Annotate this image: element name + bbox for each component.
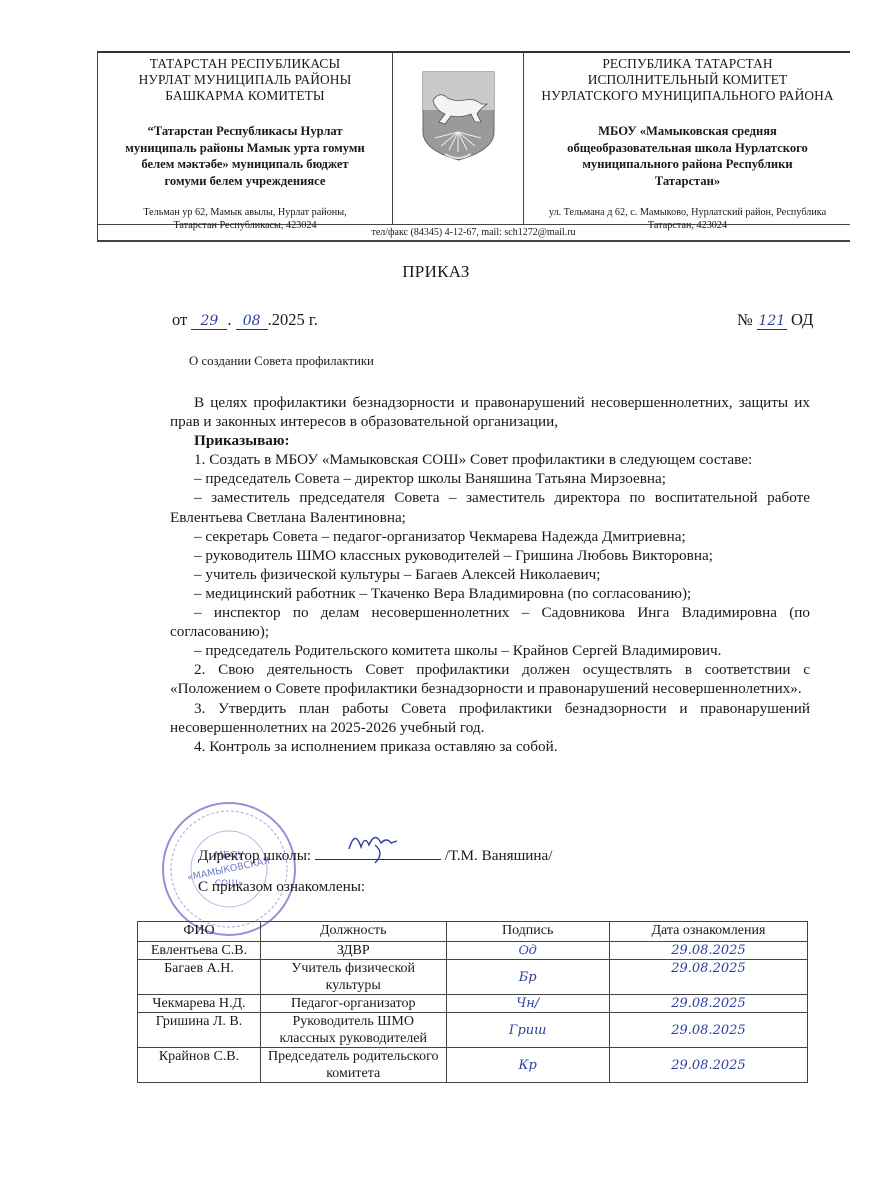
- signature-label: Директор школы:: [198, 847, 311, 864]
- cell-position: Педагог-организатор: [260, 995, 446, 1013]
- order-item: 3. Утвердить план работы Совета профилак…: [170, 699, 810, 737]
- order-item: 2. Свою деятельность Совет профилактики …: [170, 660, 810, 698]
- address-line: ул. Тельмана д 62, с. Мамыково, Нурлатск…: [525, 206, 850, 219]
- coat-of-arms-horse-icon: [421, 70, 496, 163]
- cell-position: ЗДВР: [260, 942, 446, 960]
- signature-field: [315, 845, 441, 860]
- council-member: – медицинский работник – Ткаченко Вера В…: [170, 584, 810, 603]
- school-name-line: Татарстан»: [525, 173, 850, 190]
- order-item: 1. Создать в МБОУ «Мамыковская СОШ» Сове…: [170, 450, 810, 469]
- contact-line: тел/факс (84345) 4-12-67, mail: sch1272@…: [97, 226, 850, 239]
- number-field: 121: [757, 313, 787, 330]
- org-name-line: НУРЛАТСКОГО МУНИЦИПАЛЬНОГО РАЙОНА: [525, 88, 850, 104]
- date-day-field: 29: [191, 313, 227, 330]
- cell-signature: Бр: [446, 960, 609, 995]
- address-line: Тельман ур 62, Мамык авылы, Нурлат район…: [100, 206, 390, 219]
- number-prefix: №: [737, 310, 753, 329]
- school-name-line: гомуми белем учреждениясе: [100, 173, 390, 190]
- cell-signature: Ѻд: [446, 942, 609, 960]
- cell-date: 29.08.2025: [609, 1048, 807, 1083]
- column-header: ФИО: [138, 922, 261, 942]
- director-signature-line: Директор школы: /Т.М. Ваняшина/: [198, 845, 552, 865]
- column-header: Подпись: [446, 922, 609, 942]
- column-header: Дата ознакомления: [609, 922, 807, 942]
- org-name-line: ТАТАРСТАН РЕСПУБЛИКАСЫ: [100, 56, 390, 72]
- org-name-line: ИСПОЛНИТЕЛЬНЫЙ КОМИТЕТ: [525, 72, 850, 88]
- letterhead-divider: [392, 52, 393, 224]
- cell-name: Гришина Л. В.: [138, 1013, 261, 1048]
- document-title: ПРИКАЗ: [0, 262, 872, 282]
- order-body: В целях профилактики безнадзорности и пр…: [170, 393, 810, 756]
- cell-name: Чекмарева Н.Д.: [138, 995, 261, 1013]
- cell-name: Багаев А.Н.: [138, 960, 261, 995]
- date-prefix: от: [172, 310, 187, 329]
- letterhead-right-column: РЕСПУБЛИКА ТАТАРСТАН ИСПОЛНИТЕЛЬНЫЙ КОМИ…: [525, 56, 850, 232]
- intro-paragraph: В целях профилактики безнадзорности и пр…: [170, 393, 810, 431]
- date-year: .2025 г.: [268, 310, 318, 329]
- school-name-line: белем мәктәбе» муниципаль бюджет: [100, 156, 390, 173]
- number-suffix: ОД: [791, 310, 813, 329]
- table-row: Крайнов С.В. Председатель родительского …: [138, 1048, 808, 1083]
- date-separator: .: [227, 310, 231, 329]
- org-name-line: БАШКАРМА КОМИТЕТЫ: [100, 88, 390, 104]
- school-name-line: муниципального района Республики: [525, 156, 850, 173]
- order-word: Приказываю:: [170, 431, 810, 450]
- school-name-line: общеобразовательная школа Нурлатского: [525, 140, 850, 157]
- handwritten-signature-icon: [345, 827, 405, 867]
- acknowledgement-label: С приказом ознакомлены:: [198, 878, 365, 896]
- school-name-line: муниципаль районы Мамык урта гомуми: [100, 140, 390, 157]
- table-row: Гришина Л. В. Руководитель ШМО классных …: [138, 1013, 808, 1048]
- cell-date: 29.08.2025: [609, 1013, 807, 1048]
- table-header-row: ФИО Должность Подпись Дата ознакомления: [138, 922, 808, 942]
- org-name-line: РЕСПУБЛИКА ТАТАРСТАН: [525, 56, 850, 72]
- cell-name: Евлентьева С.В.: [138, 942, 261, 960]
- council-member: – председатель Совета – директор школы В…: [170, 469, 810, 488]
- cell-position: Руководитель ШМО классных руководителей: [260, 1013, 446, 1048]
- council-member: – секретарь Совета – педагог-организатор…: [170, 527, 810, 546]
- council-member: – руководитель ШМО классных руководителе…: [170, 546, 810, 565]
- school-stamp: МБОУ «МАМЫКОВСКАЯ СОШ»: [160, 800, 298, 938]
- letterhead-left-column: ТАТАРСТАН РЕСПУБЛИКАСЫ НУРЛАТ МУНИЦИПАЛЬ…: [100, 56, 390, 232]
- council-member: – инспектор по делам несовершеннолетних …: [170, 603, 810, 641]
- order-number: № 121 ОД: [737, 310, 813, 330]
- order-date: от 29. 08.2025 г.: [172, 310, 318, 330]
- org-name-line: НУРЛАТ МУНИЦИПАЛЬ РАЙОНЫ: [100, 72, 390, 88]
- school-name-line: МБОУ «Мамыковская средняя: [525, 123, 850, 140]
- table-row: Евлентьева С.В. ЗДВР Ѻд 29.08.2025: [138, 942, 808, 960]
- letterhead-divider: [523, 52, 524, 224]
- cell-position: Учитель физической культуры: [260, 960, 446, 995]
- director-name: /Т.М. Ваняшина/: [445, 847, 553, 864]
- school-name-line: “Татарстан Республикасы Нурлат: [100, 123, 390, 140]
- council-member: – председатель Родительского комитета шк…: [170, 641, 810, 660]
- cell-date: 29.08.2025: [609, 995, 807, 1013]
- council-member: – учитель физической культуры – Багаев А…: [170, 565, 810, 584]
- cell-name: Крайнов С.В.: [138, 1048, 261, 1083]
- table-row: Багаев А.Н. Учитель физической культуры …: [138, 960, 808, 995]
- order-item: 4. Контроль за исполнением приказа остав…: [170, 737, 810, 756]
- order-subject: О создании Совета профилактики: [189, 354, 374, 369]
- cell-date: 29.08.2025: [609, 942, 807, 960]
- acknowledgement-table: ФИО Должность Подпись Дата ознакомления …: [137, 921, 808, 1083]
- cell-signature: Кр: [446, 1048, 609, 1083]
- cell-signature: Гриш: [446, 1013, 609, 1048]
- letterhead-rule: [97, 240, 850, 242]
- cell-date: 29.08.2025: [609, 960, 807, 995]
- date-month-field: 08: [236, 313, 268, 330]
- column-header: Должность: [260, 922, 446, 942]
- cell-signature: Чн/: [446, 995, 609, 1013]
- table-row: Чекмарева Н.Д. Педагог-организатор Чн/ 2…: [138, 995, 808, 1013]
- cell-position: Председатель родительского комитета: [260, 1048, 446, 1083]
- council-member: – заместитель председателя Совета – заме…: [170, 488, 810, 526]
